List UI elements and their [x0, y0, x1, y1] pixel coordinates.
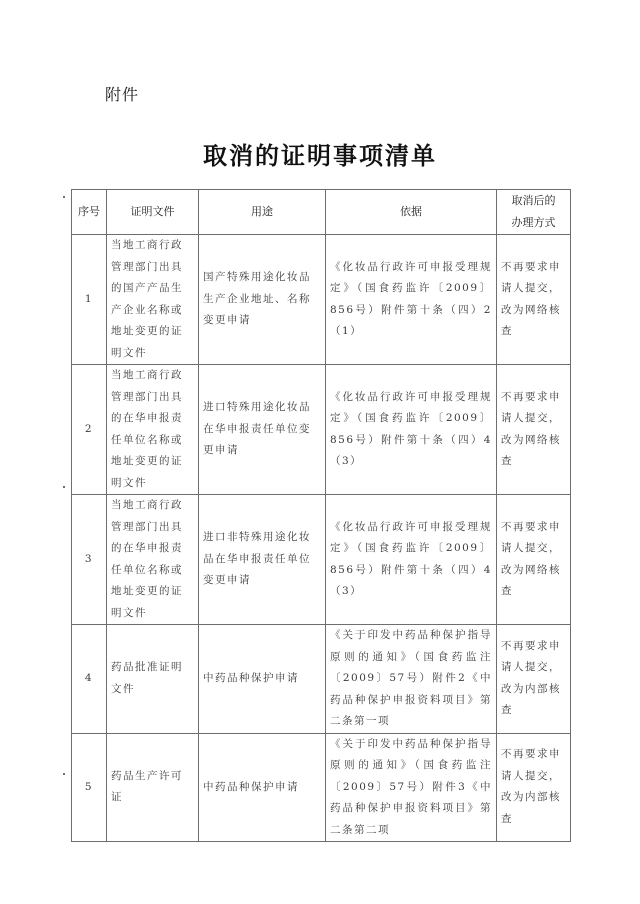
legal-basis: 《关于印发中药品种保护指导原则的通知》（国食药监注〔2009〕57号）附件3《中… [326, 733, 497, 842]
purpose: 进口非特殊用途化妆品在华申报责任单位变更申请 [199, 495, 326, 625]
table-row: 5 药品生产许可证 中药品种保护申请 《关于印发中药品种保护指导原则的通知》（国… [72, 733, 571, 842]
purpose: 进口特殊用途化妆品在华申报责任单位变更申请 [199, 365, 326, 495]
column-header-method: 取消后的办理方式 [497, 190, 571, 235]
scan-speck [63, 196, 65, 198]
cancelled-certificates-table: 序号 证明文件 用途 依据 取消后的办理方式 1 当地工商行政管理部门出具的国产… [71, 189, 571, 842]
scan-speck [63, 486, 65, 488]
row-number: 4 [72, 625, 107, 734]
legal-basis: 《化妆品行政许可申报受理规定》（国食药监许〔2009〕856号）附件第十条（四）… [326, 235, 497, 365]
certificate-document: 当地工商行政管理部门出具的在华申报责任单位名称或地址变更的证明文件 [107, 365, 199, 495]
legal-basis: 《化妆品行政许可申报受理规定》（国食药监许〔2009〕856号）附件第十条（四）… [326, 365, 497, 495]
row-number: 2 [72, 365, 107, 495]
column-header-purpose: 用途 [199, 190, 326, 235]
row-number: 1 [72, 235, 107, 365]
column-header-no: 序号 [72, 190, 107, 235]
scan-speck [63, 773, 65, 775]
column-header-document: 证明文件 [107, 190, 199, 235]
legal-basis: 《关于印发中药品种保护指导原则的通知》（国食药监注〔2009〕57号）附件2《中… [326, 625, 497, 734]
table-header-row: 序号 证明文件 用途 依据 取消后的办理方式 [72, 190, 571, 235]
row-number: 5 [72, 733, 107, 842]
handling-method: 不再要求申请人提交，改为网络核查 [497, 495, 571, 625]
purpose: 中药品种保护申请 [199, 733, 326, 842]
table-row: 4 药品批准证明文件 中药品种保护申请 《关于印发中药品种保护指导原则的通知》（… [72, 625, 571, 734]
column-header-basis: 依据 [326, 190, 497, 235]
certificate-document: 当地工商行政管理部门出具的国产产品生产企业名称或地址变更的证明文件 [107, 235, 199, 365]
purpose: 国产特殊用途化妆品生产企业地址、名称变更申请 [199, 235, 326, 365]
table-row: 2 当地工商行政管理部门出具的在华申报责任单位名称或地址变更的证明文件 进口特殊… [72, 365, 571, 495]
certificate-document: 药品批准证明文件 [107, 625, 199, 734]
certificate-document: 当地工商行政管理部门出具的在华申报责任单位名称或地址变更的证明文件 [107, 495, 199, 625]
table-row: 3 当地工商行政管理部门出具的在华申报责任单位名称或地址变更的证明文件 进口非特… [72, 495, 571, 625]
handling-method: 不再要求申请人提交，改为内部核查 [497, 625, 571, 734]
handling-method: 不再要求申请人提交，改为内部核查 [497, 733, 571, 842]
attachment-label: 附件 [105, 82, 139, 105]
purpose: 中药品种保护申请 [199, 625, 326, 734]
certificate-document: 药品生产许可证 [107, 733, 199, 842]
table-row: 1 当地工商行政管理部门出具的国产产品生产企业名称或地址变更的证明文件 国产特殊… [72, 235, 571, 365]
row-number: 3 [72, 495, 107, 625]
legal-basis: 《化妆品行政许可申报受理规定》（国食药监许〔2009〕856号）附件第十条（四）… [326, 495, 497, 625]
handling-method: 不再要求申请人提交，改为网络核查 [497, 235, 571, 365]
handling-method: 不再要求申请人提交，改为网络核查 [497, 365, 571, 495]
document-title: 取消的证明事项清单 [0, 136, 640, 171]
